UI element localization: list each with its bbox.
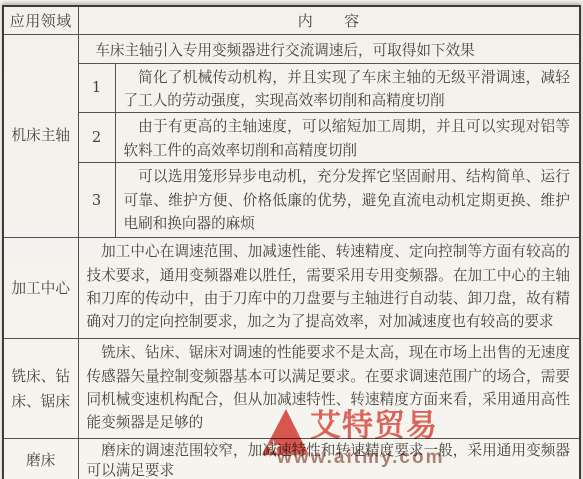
- table-row: 3 可以选用笼形异步电动机，充分发挥它坚固耐用、结构简单、运行可靠、维护方便、价…: [3, 163, 580, 238]
- section-label-grinding-machine: 磨床: [3, 439, 78, 479]
- spindle-item-1-cell: 简化了机械传动机构，并且实现了车床主轴的无级平滑调速，减轻了工人的劳动强度，实现…: [115, 63, 580, 113]
- section-label-milling-drilling-sawing: 铣床、钻床、锯床: [3, 339, 78, 439]
- watermark-url-text: www.aitmy.com: [277, 447, 444, 469]
- header-application-field: 应用领域: [3, 6, 78, 34]
- spindle-item-1-text: 简化了机械传动机构，并且实现了车床主轴的无级平滑调速，减轻了工人的劳动强度，实现…: [124, 66, 571, 113]
- table-row: 机床主轴 车床主轴引入专用变频器进行交流调速后，可取得如下效果: [3, 34, 580, 63]
- section-label-machining-center: 加工中心: [3, 238, 78, 339]
- spindle-intro-cell: 车床主轴引入专用变频器进行交流调速后，可取得如下效果: [78, 34, 580, 63]
- section-label-machine-tool-spindle: 机床主轴: [3, 34, 78, 238]
- spindle-item-3-text: 可以选用笼形异步电动机，充分发挥它坚固耐用、结构简单、运行可靠、维护方便、价格低…: [124, 165, 571, 235]
- item-number-1: 1: [78, 63, 115, 113]
- table-row: 1 简化了机械传动机构，并且实现了车床主轴的无级平滑调速，减轻了工人的劳动强度，…: [3, 63, 580, 113]
- spindle-intro-text: 车床主轴引入专用变频器进行交流调速后，可取得如下效果: [87, 39, 571, 62]
- spindle-item-2-cell: 由于有更高的主轴速度，可以缩短加工周期，并且可以实现对铝等软料工件的高效率切削和…: [115, 113, 580, 163]
- item-number-3: 3: [78, 163, 115, 238]
- watermark-brand-text: 艾特贸易: [310, 406, 438, 446]
- item-number-2: 2: [78, 113, 115, 163]
- watermark: 艾特贸易 www.aitmy.com: [258, 402, 468, 474]
- table-header-row: 应用领域 内 容: [3, 6, 580, 34]
- header-content: 内 容: [78, 6, 580, 34]
- spindle-item-2-text: 由于有更高的主轴速度，可以缩短加工周期，并且可以实现对铝等软料工件的高效率切削和…: [124, 115, 571, 162]
- machining-center-text: 加工中心在调速范围、加减速性能、转速精度、定向控制等方面有较高的技术要求，通用变…: [87, 240, 571, 334]
- table-row: 2 由于有更高的主轴速度，可以缩短加工周期，并且可以实现对铝等软料工件的高效率切…: [3, 113, 580, 163]
- table-row: 加工中心 加工中心在调速范围、加减速性能、转速精度、定向控制等方面有较高的技术要…: [3, 238, 580, 339]
- spindle-item-3-cell: 可以选用笼形异步电动机，充分发挥它坚固耐用、结构简单、运行可靠、维护方便、价格低…: [115, 163, 580, 238]
- machining-center-cell: 加工中心在调速范围、加减速性能、转速精度、定向控制等方面有较高的技术要求，通用变…: [78, 238, 580, 339]
